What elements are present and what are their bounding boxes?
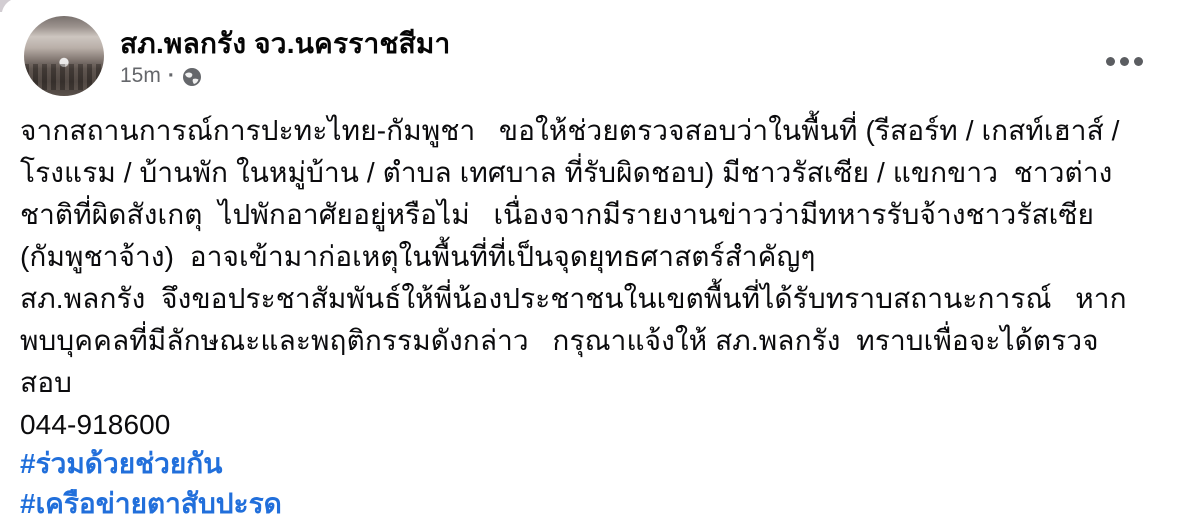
body-line: พบบุคคลที่มีลักษณะและพฤติกรรมดังกล่าว กร… (20, 320, 1192, 362)
dot-icon (1106, 57, 1115, 66)
post-body: จากสถานการณ์การปะทะไทย-กัมพูชา ขอให้ช่วย… (20, 110, 1192, 446)
dot-icon (1120, 57, 1129, 66)
timestamp[interactable]: 15m (120, 64, 161, 88)
dot-icon (1134, 57, 1143, 66)
card-corner-artifact (0, 0, 16, 12)
post-meta: 15m · (120, 64, 202, 88)
globe-public-icon (182, 67, 202, 87)
phone-number: 044-918600 (20, 404, 1192, 446)
body-line: สภ.พลกรัง จึงขอประชาสัมพันธ์ให้พี่น้องปร… (20, 278, 1192, 320)
body-line: โรงแรม / บ้านพัก ในหมู่บ้าน / ตำบล เทศบา… (20, 152, 1192, 194)
body-line: จากสถานการณ์การปะทะไทย-กัมพูชา ขอให้ช่วย… (20, 110, 1192, 152)
post-header: สภ.พลกรัง จว.นครราชสีมา 15m · (24, 14, 1176, 98)
page-name[interactable]: สภ.พลกรัง จว.นครราชสีมา (120, 22, 450, 66)
hashtag-block: #ร่วมด้วยช่วยกัน #เครือข่ายตาสับปะรด (20, 444, 282, 523)
meta-separator: · (168, 64, 175, 88)
body-line: (กัมพูชาจ้าง) อาจเข้ามาก่อเหตุในพื้นที่ท… (20, 236, 1192, 278)
body-line: สอบ (20, 362, 1192, 404)
hashtag-link[interactable]: #เครือข่ายตาสับปะรด (20, 484, 282, 523)
profile-avatar[interactable] (24, 16, 104, 96)
hashtag-link[interactable]: #ร่วมด้วยช่วยกัน (20, 444, 282, 484)
body-line: ชาติที่ผิดสังเกตุ ไปพักอาศัยอยู่หรือไม่ … (20, 194, 1192, 236)
more-options-button[interactable] (1096, 44, 1152, 78)
facebook-post-card: สภ.พลกรัง จว.นครราชสีมา 15m · จากสถานการ… (0, 0, 1200, 523)
